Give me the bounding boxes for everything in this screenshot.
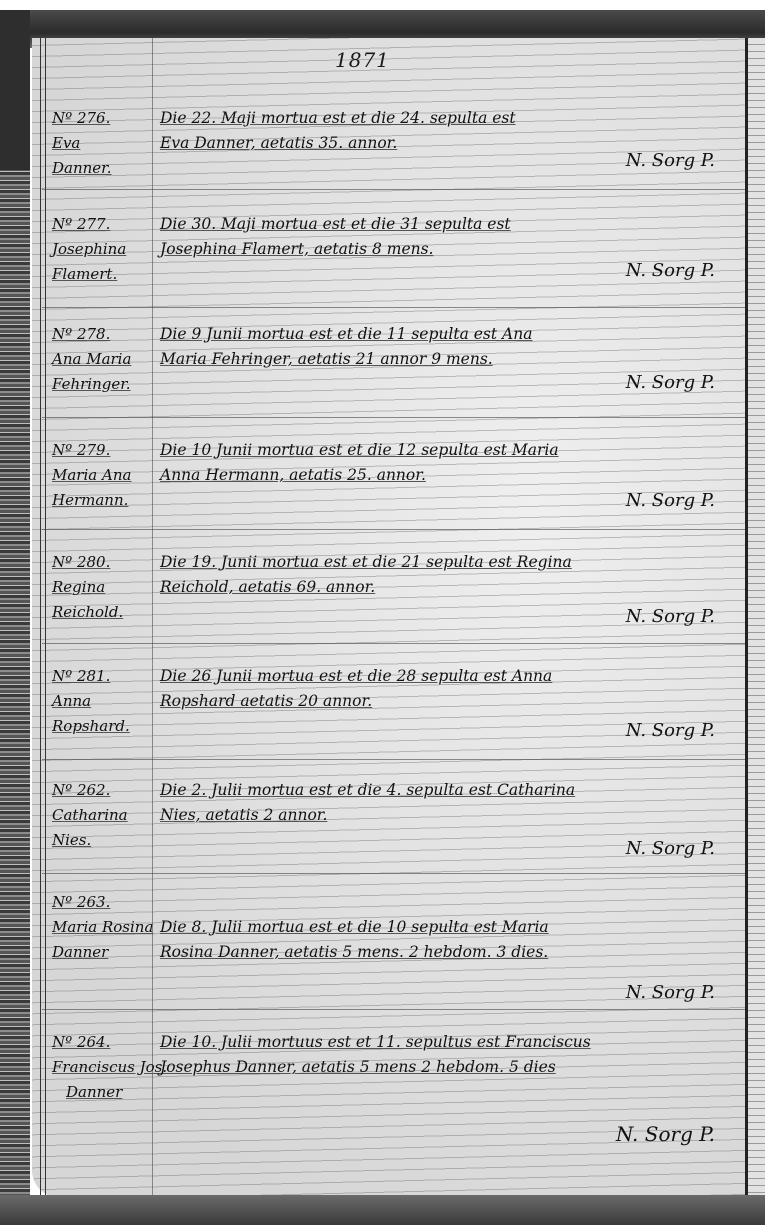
register-entry: Nº 278. Ana Maria Fehringer. Die 9 Junii… (32, 322, 745, 418)
entry-text-line: Die 30. Maji mortua est et die 31 sepult… (160, 212, 720, 237)
entry-name-line: Danner (52, 1080, 162, 1105)
entry-margin: Nº 281. Anna Ropshard. (52, 664, 162, 739)
entry-number: Nº 279. (52, 438, 162, 463)
priest-signature: N. Sorg P. (626, 720, 715, 741)
entry-name-line: Anna (52, 689, 162, 714)
register-entry: Nº 264. Franciscus Jos. Danner Die 10. J… (32, 1030, 745, 1170)
entry-text-line: Reichold, aetatis 69. annor. (160, 575, 720, 600)
entry-text-line: Die 8. Julii mortua est et die 10 sepult… (160, 915, 720, 940)
entry-number: Nº 277. (52, 212, 162, 237)
entry-divider (42, 417, 745, 418)
entry-number: Nº 281. (52, 664, 162, 689)
entry-number: Nº 278. (52, 322, 162, 347)
entry-divider (42, 189, 745, 190)
entry-name-line: Ana Maria (52, 347, 162, 372)
entry-name-line: Fehringer. (52, 372, 162, 397)
entry-divider (42, 307, 745, 308)
entry-text: Die 8. Julii mortua est et die 10 sepult… (160, 915, 720, 965)
entry-name-line: Regina (52, 575, 162, 600)
register-entry: Nº 263. Maria Rosina Danner Die 8. Julii… (32, 890, 745, 1010)
entry-text-line: Ropshard aetatis 20 annor. (160, 689, 720, 714)
entry-text-line: Die 22. Maji mortua est et die 24. sepul… (160, 106, 720, 131)
entry-name-line: Maria Rosina (52, 915, 162, 940)
entry-text: Die 26 Junii mortua est et die 28 sepult… (160, 664, 720, 714)
scan-border-left (0, 10, 30, 1220)
entry-name-line: Nies. (52, 828, 162, 853)
entry-divider (42, 529, 745, 530)
entry-text-line: Nies, aetatis 2 annor. (160, 803, 720, 828)
entry-text-line: Josephina Flamert, aetatis 8 mens. (160, 237, 720, 262)
entry-text-line: Die 10. Julii mortuus est et 11. sepultu… (160, 1030, 720, 1055)
entry-name-line: Josephina (52, 237, 162, 262)
entry-margin: Nº 276. Eva Danner. (52, 106, 162, 181)
entry-text: Die 30. Maji mortua est et die 31 sepult… (160, 212, 720, 262)
entry-text-line: Anna Hermann, aetatis 25. annor. (160, 463, 720, 488)
entry-name-line: Danner. (52, 156, 162, 181)
register-entry: Nº 279. Maria Ana Hermann. Die 10 Junii … (32, 438, 745, 530)
entry-name-line: Franciscus Jos. (52, 1055, 162, 1080)
entry-number: Nº 262. (52, 778, 162, 803)
entry-text: Die 22. Maji mortua est et die 24. sepul… (160, 106, 720, 156)
entry-name-line: Hermann. (52, 488, 162, 513)
entry-margin: Nº 277. Josephina Flamert. (52, 212, 162, 287)
entry-text: Die 10 Junii mortua est et die 12 sepult… (160, 438, 720, 488)
entry-text-line: Die 2. Julii mortua est et die 4. sepult… (160, 778, 720, 803)
entry-name-line: Reichold. (52, 600, 162, 625)
entry-name-line: Flamert. (52, 262, 162, 287)
priest-signature: N. Sorg P. (626, 260, 715, 281)
priest-signature: N. Sorg P. (626, 838, 715, 859)
entry-divider (42, 1009, 745, 1010)
entry-number: Nº 276. (52, 106, 162, 131)
priest-signature: N. Sorg P. (626, 150, 715, 171)
entry-text-line: Die 10 Junii mortua est et die 12 sepult… (160, 438, 720, 463)
register-entry: Nº 280. Regina Reichold. Die 19. Junii m… (32, 550, 745, 644)
entry-text-line: Die 26 Junii mortua est et die 28 sepult… (160, 664, 720, 689)
entry-text-line: Maria Fehringer, aetatis 21 annor 9 mens… (160, 347, 720, 372)
entry-name-line: Ropshard. (52, 714, 162, 739)
register-entry: Nº 277. Josephina Flamert. Die 30. Maji … (32, 212, 745, 308)
register-entry: Nº 262. Catharina Nies. Die 2. Julii mor… (32, 778, 745, 874)
entry-text-line: Die 9 Junii mortua est et die 11 sepulta… (160, 322, 720, 347)
entry-text-line: Josephus Danner, aetatis 5 mens 2 hebdom… (160, 1055, 720, 1080)
entry-text: Die 10. Julii mortuus est et 11. sepultu… (160, 1030, 720, 1080)
priest-signature: N. Sorg P. (616, 1122, 715, 1146)
priest-signature: N. Sorg P. (626, 606, 715, 627)
scan-border-bottom (0, 1195, 765, 1225)
entry-margin: Nº 263. Maria Rosina Danner (52, 890, 162, 965)
entry-text-line: Die 19. Junii mortua est et die 21 sepul… (160, 550, 720, 575)
entry-text: Die 9 Junii mortua est et die 11 sepulta… (160, 322, 720, 372)
entry-divider (42, 759, 745, 760)
entry-divider (42, 873, 745, 874)
entry-name-line: Danner (52, 940, 162, 965)
entry-name-line: Catharina (52, 803, 162, 828)
entry-margin: Nº 278. Ana Maria Fehringer. (52, 322, 162, 397)
entry-text: Die 2. Julii mortua est et die 4. sepult… (160, 778, 720, 828)
register-entry: Nº 281. Anna Ropshard. Die 26 Junii mort… (32, 664, 745, 760)
entry-margin: Nº 279. Maria Ana Hermann. (52, 438, 162, 513)
entry-divider (42, 643, 745, 644)
entry-name-line: Eva (52, 131, 162, 156)
priest-signature: N. Sorg P. (626, 982, 715, 1003)
year-header: 1871 (335, 48, 390, 72)
priest-signature: N. Sorg P. (626, 372, 715, 393)
facing-page-edge (748, 38, 765, 1198)
scan-border-left-shadow (0, 10, 30, 170)
priest-signature: N. Sorg P. (626, 490, 715, 511)
entry-margin: Nº 264. Franciscus Jos. Danner (52, 1030, 162, 1105)
entry-number: Nº 280. (52, 550, 162, 575)
register-entry: Nº 276. Eva Danner. Die 22. Maji mortua … (32, 106, 745, 190)
entry-margin: Nº 280. Regina Reichold. (52, 550, 162, 625)
entry-number: Nº 263. (52, 890, 162, 915)
entry-text-line: Rosina Danner, aetatis 5 mens. 2 hebdom.… (160, 940, 720, 965)
entry-name-line: Maria Ana (52, 463, 162, 488)
entry-margin: Nº 262. Catharina Nies. (52, 778, 162, 853)
entry-number: Nº 264. (52, 1030, 162, 1055)
entry-text: Die 19. Junii mortua est et die 21 sepul… (160, 550, 720, 600)
